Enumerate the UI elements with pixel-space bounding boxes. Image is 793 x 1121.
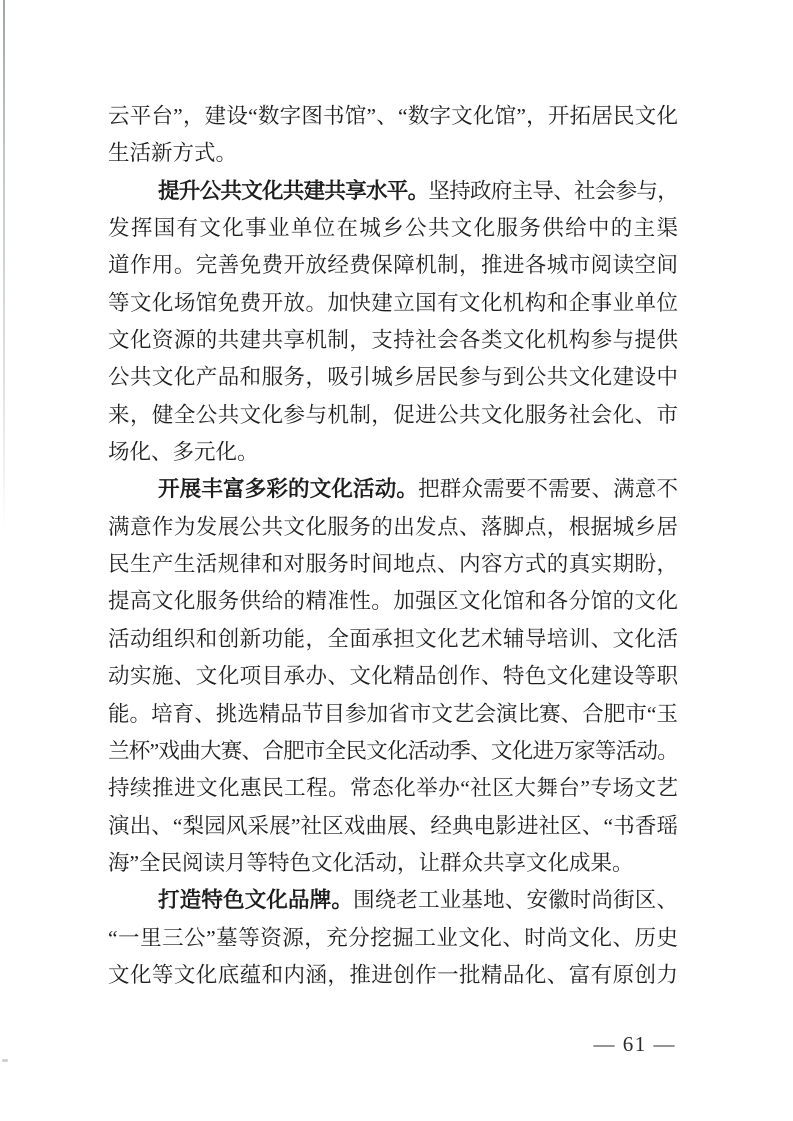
text-line: 文化资源的共建共享机制，支持社会各类文化机构参与提供 — [108, 322, 678, 359]
line-text: 持续推进文化惠民工程。常态化举办“社区大舞台”专场文艺 — [108, 776, 678, 800]
text-line paragraph-start: 打造特色文化品牌。围绕老工业基地、安徽时尚街区、 — [108, 882, 678, 919]
bold-lead: 开展丰富多彩的文化活动。 — [158, 477, 418, 501]
text-line: 公共文化产品和服务，吸引城乡居民参与到公共文化建设中 — [108, 359, 678, 396]
line-text: 把群众需要不需要、满意不 — [418, 477, 678, 501]
text-line: 等文化场馆免费开放。加快建立国有文化机构和企事业单位 — [108, 285, 678, 322]
line-text: 文化等文化底蕴和内涵，推进创作一批精品化、富有原创力 — [108, 963, 678, 987]
text-line: 海”全民阅读月等特色文化活动，让群众共享文化成果。 — [108, 845, 678, 882]
line-text: 民生产生活规律和对服务时间地点、内容方式的真实期盼， — [108, 552, 678, 576]
text-line: 场化、多元化。 — [108, 434, 678, 471]
line-text: 满意作为发展公共文化服务的出发点、落脚点，根据城乡居 — [108, 515, 678, 539]
text-line: 发挥国有文化事业单位在城乡公共文化服务供给中的主渠 — [108, 210, 678, 247]
text-line: 民生产生活规律和对服务时间地点、内容方式的真实期盼， — [108, 546, 678, 583]
bold-lead: 打造特色文化品牌。 — [158, 888, 353, 912]
line-text: 文化资源的共建共享机制，支持社会各类文化机构参与提供 — [108, 328, 678, 352]
line-text: 来，健全公共文化参与机制，促进公共文化服务社会化、市 — [108, 403, 678, 427]
text-line: 提高文化服务供给的精准性。加强区文化馆和各分馆的文化 — [108, 583, 678, 620]
line-text: 坚持政府主导、社会参与， — [428, 179, 678, 203]
line-text: 生活新方式。 — [108, 141, 237, 165]
text-line: 云平台”，建设“数字图书馆”、“数字文化馆”，开拓居民文化 — [108, 98, 678, 135]
text-line: 持续推进文化惠民工程。常态化举办“社区大舞台”专场文艺 — [108, 770, 678, 807]
line-text: 场化、多元化。 — [108, 440, 259, 464]
text-line: 兰杯”戏曲大赛、合肥市全民文化活动季、文化进万家等活动。 — [108, 733, 678, 770]
line-text: 活动组织和创新功能，全面承担文化艺术辅导培训、文化活 — [108, 627, 678, 651]
scan-speck-artifact — [2, 1059, 8, 1062]
text-line: 文化等文化底蕴和内涵，推进创作一批精品化、富有原创力 — [108, 957, 678, 994]
line-text: 等文化场馆免费开放。加快建立国有文化机构和企事业单位 — [108, 291, 678, 315]
line-text: 海”全民阅读月等特色文化活动，让群众共享文化成果。 — [108, 851, 634, 875]
line-text: 围绕老工业基地、安徽时尚街区、 — [353, 888, 678, 912]
page-number: — 61 — — [0, 1029, 676, 1059]
line-text: 提高文化服务供给的精准性。加强区文化馆和各分馆的文化 — [108, 589, 678, 613]
text-line paragraph-start: 提升公共文化共建共享水平。坚持政府主导、社会参与， — [108, 173, 678, 210]
line-text: 道作用。完善免费开放经费保障机制，推进各城市阅读空间 — [108, 253, 678, 277]
text-line: 能。培育、挑选精品节目参加省市文艺会演比赛、合肥市“玉 — [108, 696, 678, 733]
scan-edge-artifact — [3, 0, 5, 535]
line-text: 公共文化产品和服务，吸引城乡居民参与到公共文化建设中 — [108, 365, 678, 389]
line-text: “一里三公”墓等资源，充分挖掘工业文化、时尚文化、历史 — [108, 926, 678, 950]
line-text: 云平台”，建设“数字图书馆”、“数字文化馆”，开拓居民文化 — [108, 104, 678, 128]
document-text-block: 云平台”，建设“数字图书馆”、“数字文化馆”，开拓居民文化 生活新方式。 提升公… — [108, 98, 678, 994]
text-line: 生活新方式。 — [108, 135, 678, 172]
text-line: 来，健全公共文化参与机制，促进公共文化服务社会化、市 — [108, 397, 678, 434]
text-line: 动实施、文化项目承办、文化精品创作、特色文化建设等职 — [108, 658, 678, 695]
line-text: 能。培育、挑选精品节目参加省市文艺会演比赛、合肥市“玉 — [108, 702, 678, 726]
line-text: 发挥国有文化事业单位在城乡公共文化服务供给中的主渠 — [108, 216, 678, 240]
text-line: 道作用。完善免费开放经费保障机制，推进各城市阅读空间 — [108, 247, 678, 284]
text-line paragraph-start: 开展丰富多彩的文化活动。把群众需要不需要、满意不 — [108, 471, 678, 508]
text-line: “一里三公”墓等资源，充分挖掘工业文化、时尚文化、历史 — [108, 920, 678, 957]
text-line: 满意作为发展公共文化服务的出发点、落脚点，根据城乡居 — [108, 509, 678, 546]
line-text: 兰杯”戏曲大赛、合肥市全民文化活动季、文化进万家等活动。 — [108, 739, 678, 763]
line-text: 演出、“梨园风采展”社区戏曲展、经典电影进社区、“书香瑶 — [108, 814, 678, 838]
line-text: 动实施、文化项目承办、文化精品创作、特色文化建设等职 — [108, 664, 678, 688]
bold-lead: 提升公共文化共建共享水平。 — [158, 179, 428, 203]
text-line: 活动组织和创新功能，全面承担文化艺术辅导培训、文化活 — [108, 621, 678, 658]
text-line: 演出、“梨园风采展”社区戏曲展、经典电影进社区、“书香瑶 — [108, 808, 678, 845]
